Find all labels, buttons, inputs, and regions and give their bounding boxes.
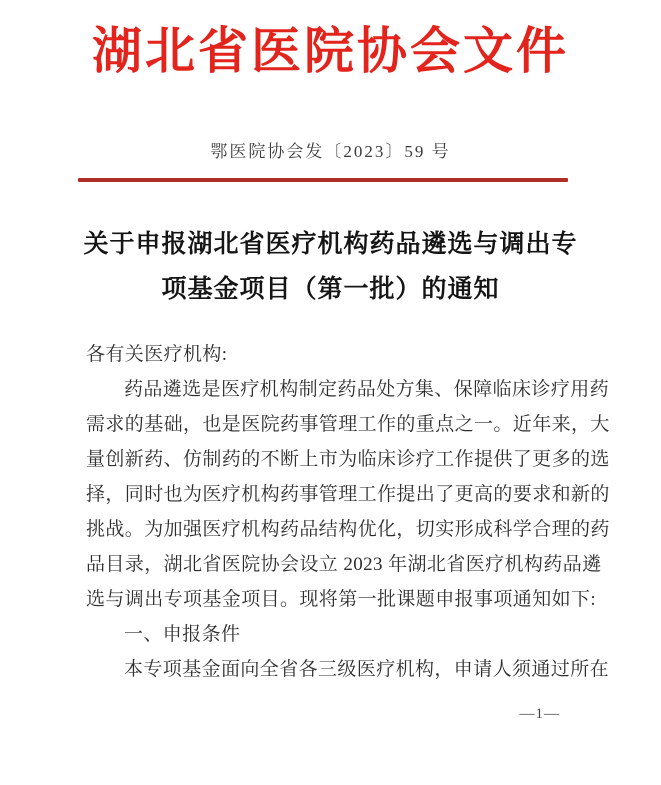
salutation-line: 各有关医疗机构: xyxy=(86,337,578,372)
official-document-page: 湖北省医院协会文件 鄂医院协会发〔2023〕59 号 关于申报湖北省医疗机构药品… xyxy=(0,0,661,785)
document-body: 各有关医疗机构: 药品遴选是医疗机构制定药品处方集、保障临床诊疗用药 需求的基础… xyxy=(86,337,578,687)
body-text-line: 量创新药、仿制药的不断上市为临床诊疗工作提供了更多的选 xyxy=(86,442,578,477)
section-heading: 一、申报条件 xyxy=(86,617,578,652)
body-text-line: 本专项基金面向全省各三级医疗机构，申请人须通过所在 xyxy=(86,652,578,687)
letterhead-divider-rule xyxy=(78,178,568,182)
letterhead-title: 湖北省医院协会文件 xyxy=(0,18,661,84)
body-text-line: 选与调出专项基金项目。现将第一批课题申报事项通知如下: xyxy=(86,582,578,617)
body-text-line: 药品遴选是医疗机构制定药品处方集、保障临床诊疗用药 xyxy=(86,372,578,407)
document-title: 关于申报湖北省医疗机构药品遴选与调出专 项基金项目（第一批）的通知 xyxy=(0,222,661,312)
document-title-line-2: 项基金项目（第一批）的通知 xyxy=(0,267,661,312)
body-text-line: 挑战。为加强医疗机构药品结构优化，切实形成科学合理的药 xyxy=(86,512,578,547)
body-text-line: 择，同时也为医疗机构药事管理工作提出了更高的要求和新的 xyxy=(86,477,578,512)
document-title-line-1: 关于申报湖北省医疗机构药品遴选与调出专 xyxy=(0,222,661,267)
body-text-line: 品目录，湖北省医院协会设立 2023 年湖北省医疗机构药品遴 xyxy=(86,547,578,582)
page-number: —1— xyxy=(86,706,578,723)
body-text-line: 需求的基础，也是医院药事管理工作的重点之一。近年来，大 xyxy=(86,407,578,442)
document-number: 鄂医院协会发〔2023〕59 号 xyxy=(0,140,661,164)
